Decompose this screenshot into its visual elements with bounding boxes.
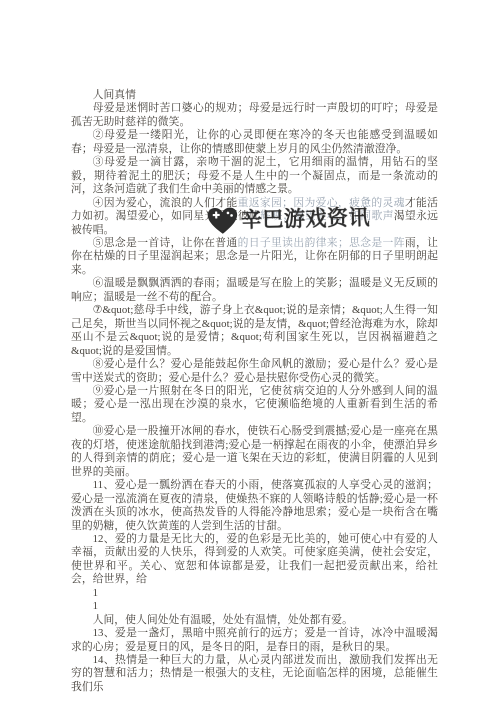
scanned-document-page: 人间真情母爱是迷惘时苦口婆心的规劝；母爱是远行时一声殷切的叮咛；母爱是孤苦无助时… [0,0,500,707]
text-run: 11、爱心是一瓢纷洒在春天的小雨，使落寞孤寂的人享受心灵的滋润；爱心是一泓流淌在… [71,479,438,531]
paragraph: 1 [71,600,438,613]
text-body: 人间真情母爱是迷惘时苦口婆心的规劝；母爱是远行时一声殷切的叮咛；母爱是孤苦无助时… [71,89,438,694]
text-run: 12、爱的力量是无比大的，爱的色彩是无比美的，她可使心中有爱的人幸福，贡献出爱的… [71,533,438,585]
text-run: 13、爱是一盏灯，黑暗中照亮前行的远方；爱是一首诗，冰冷中温暖渴求的心房；爱是夏… [71,627,438,652]
paragraph: 13、爱是一盏灯，黑暗中照亮前行的远方；爱是一首诗，冰冷中温暖渴求的心房；爱是夏… [71,627,438,654]
text-run: 人间，使人间处处有温暖，处处有温情，处处都有爱。 [93,614,353,626]
text-run: ⑤思念是一首诗，让你在普通 [93,237,238,249]
text-run: ⑦&quot;慈母手中线，游子身上衣&quot;说的是亲情；&quot;人生得一… [71,304,438,356]
paragraph: 母爱是迷惘时苦口婆心的规劝；母爱是远行时一声殷切的叮咛；母爱是孤苦无助时慈祥的微… [71,102,438,129]
paragraph: 14、热情是一种巨大的力量，从心灵内部迸发而出，激励我们发挥出无穷的智慧和活力；… [71,654,438,694]
text-run: ③母爱是一滴甘露，亲吻干涸的泥土，它用细雨的温情，用钻石的坚毅，期待着泥土的肥沃… [71,156,438,195]
text-run: 1 [93,587,98,599]
paragraph: 人间，使人间处处有温暖，处处有温情，处处都有爱。 [71,614,438,627]
text-run: ⑧爱心是什么？爱心是能鼓起你生命风帆的激励；爱心是什么？爱心是雪中送炭式的资助；… [71,358,438,383]
paragraph: ⑥温暖是飘飘洒洒的春雨；温暖是写在脸上的笑影；温暖是义无反顾的响应；温暖是一丝不… [71,277,438,304]
text-run: ②母爱是一缕阳光，让你的心灵即便在寒冷的冬天也能感受到温暖如春；母爱是一泓清泉，… [71,129,438,154]
paragraph: ⑨爱心是一片照射在冬日的阳光，它使贫病交迫的人分外感到人间的温暖；爱心是一泓出现… [71,385,438,425]
text-run: 14、热情是一种巨大的力量，从心灵内部迸发而出，激励我们发挥出无穷的智慧和活力；… [71,654,438,693]
watermark-label: 辛巴游戏资讯 [241,201,371,234]
watermark: 辛巴游戏资讯 [207,200,371,235]
paragraph: 12、爱的力量是无比大的，爱的色彩是无比美的，她可使心中有爱的人幸福，贡献出爱的… [71,533,438,587]
text-run: ⑨爱心是一片照射在冬日的阳光，它使贫病交迫的人分外感到人间的温暖；爱心是一泓出现… [71,385,438,424]
paragraph: ②母爱是一缕阳光，让你的心灵即便在寒冷的冬天也能感受到温暖如春；母爱是一泓清泉，… [71,129,438,156]
paragraph: ⑦&quot;慈母手中线，游子身上衣&quot;说的是亲情；&quot;人生得一… [71,304,438,358]
paragraph: ⑤思念是一首诗，让你在普通的日子里读出韵律来；思念是一阵雨，让你在枯燥的日子里湿… [71,237,438,277]
heart-gamepad-icon [207,207,239,236]
text-run: 1 [93,600,98,612]
faded-text-run: 的日子里读出韵律来；思念是一阵 [238,237,405,249]
paragraph: ⑧爱心是什么？爱心是能鼓起你生命风帆的激励；爱心是什么？爱心是雪中送炭式的资助；… [71,358,438,385]
text-run: ⑥温暖是飘飘洒洒的春雨；温暖是写在脸上的笑影；温暖是义无反顾的响应；温暖是一丝不… [71,277,438,302]
paragraph: 11、爱心是一瓢纷洒在春天的小雨，使落寞孤寂的人享受心灵的滋润；爱心是一泓流淌在… [71,479,438,533]
paragraph: 人间真情 [71,89,438,102]
paragraph: ③母爱是一滴甘露，亲吻干涸的泥土，它用细雨的温情，用钻石的坚毅，期待着泥土的肥沃… [71,156,438,196]
text-run: ⑩爱心是一股撞开冰闸的春水，使铁石心肠受到震撼;爱心是一座亮在黑夜的灯塔，使迷途… [71,425,438,477]
text-run: 母爱是迷惘时苦口婆心的规劝；母爱是远行时一声殷切的叮咛；母爱是孤苦无助时慈祥的微… [71,102,438,127]
paragraph: ⑩爱心是一股撞开冰闸的春水，使铁石心肠受到震撼;爱心是一座亮在黑夜的灯塔，使迷途… [71,425,438,479]
text-run: 人间真情 [93,89,136,101]
paragraph: 1 [71,587,438,600]
